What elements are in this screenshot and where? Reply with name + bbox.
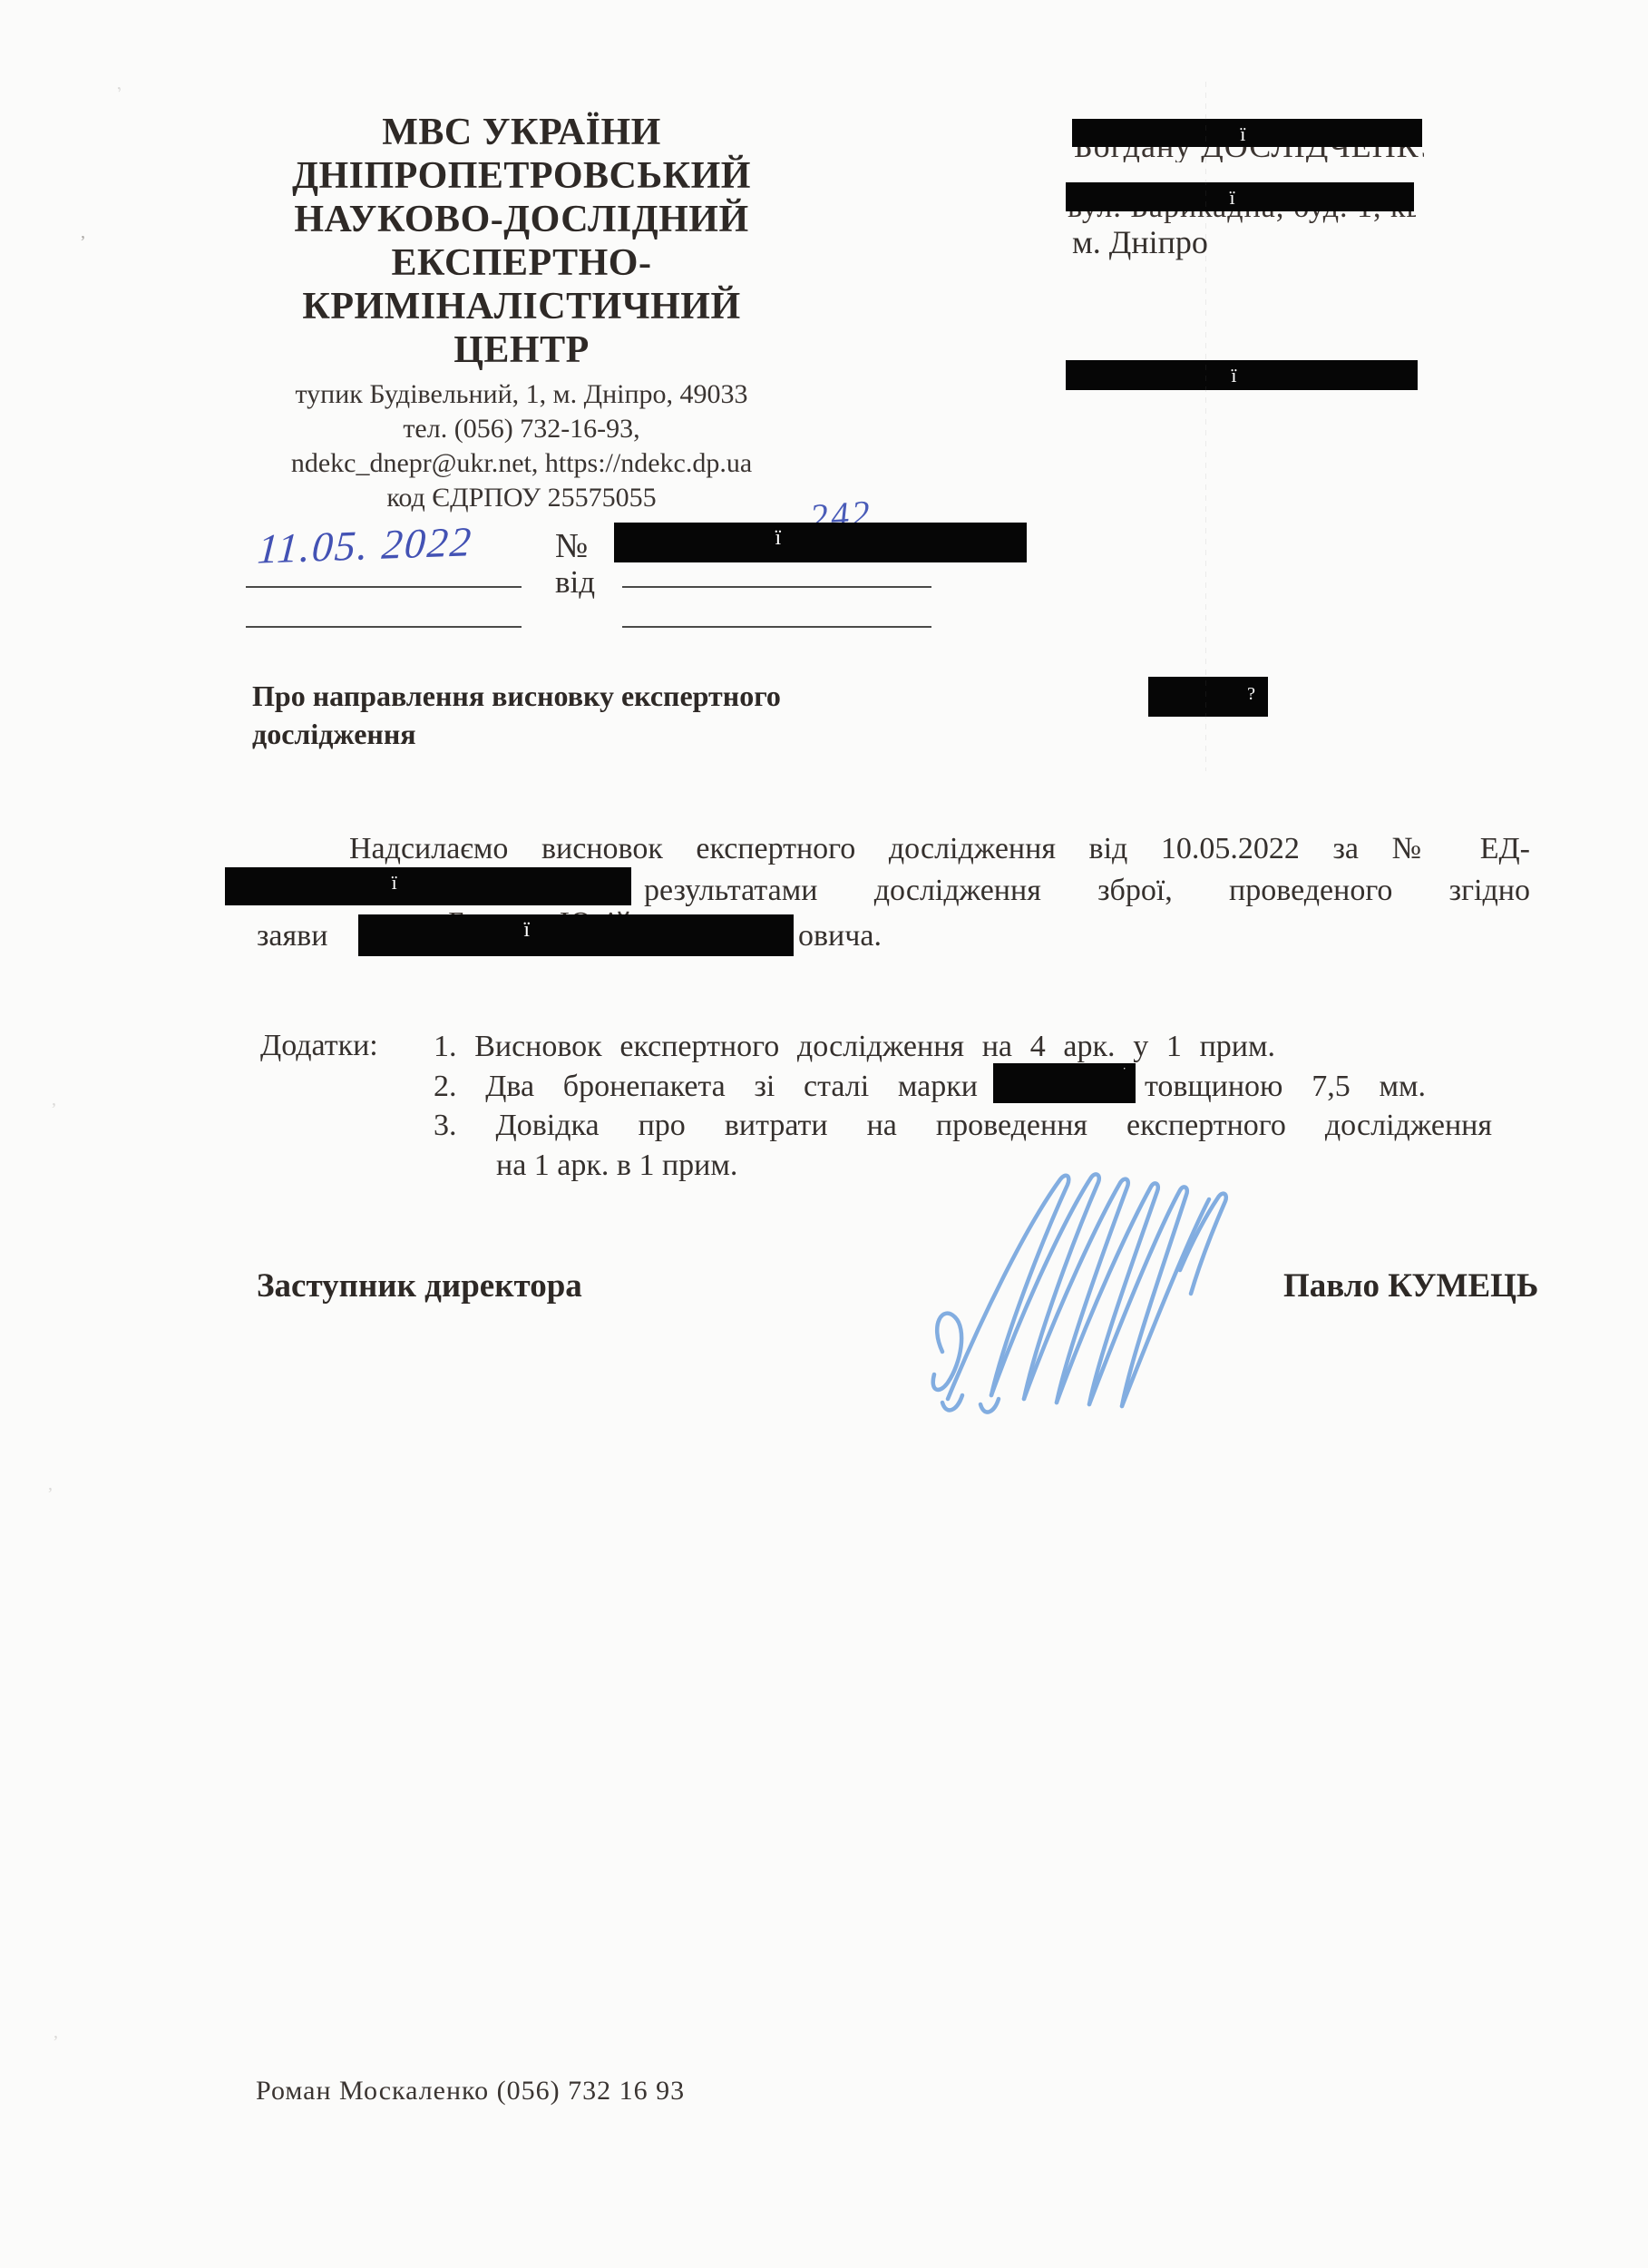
- attachment-item-3-line-2: на 1 арк. в 1 прим.: [496, 1148, 737, 1184]
- address-line-2: тел. (056) 732-16-93,: [154, 412, 889, 446]
- scan-artifact-glyph: ї: [1229, 188, 1234, 208]
- attachments-label: Додатки:: [260, 1029, 378, 1063]
- subject-heading: Про направлення висновку експертного дос…: [252, 677, 833, 753]
- scan-speck: ’: [80, 232, 86, 253]
- number-underline-2: [622, 626, 931, 628]
- scan-speck: ’: [51, 1100, 57, 1120]
- body-line-3-fragment: Богдана Юрійовича: [361, 906, 795, 914]
- subject-line-1: Про направлення висновку експертного: [252, 677, 833, 715]
- redaction-bar-subject-number: ?: [1148, 677, 1268, 717]
- body-line-3-prefix: заяви: [257, 918, 327, 954]
- redaction-bar-recipient-name: ї: [1072, 119, 1422, 147]
- redaction-bar-recipient-address: ї: [1066, 182, 1414, 211]
- address-line-4: код ЄДРПОУ 25575055: [154, 481, 889, 515]
- attachment-item-2-before: 2. Два бронепакета зі сталі марки: [434, 1069, 978, 1105]
- number-label: №: [555, 526, 588, 566]
- handwritten-signature: [912, 1161, 1274, 1429]
- org-line-2: ДНІПРОПЕТРОВСЬКИЙ: [154, 154, 889, 198]
- redaction-bar-body-1: ї: [225, 867, 631, 905]
- org-line-5: КРИМІНАЛІСТИЧНИЙ: [154, 285, 889, 328]
- subject-line-2: дослідження: [252, 715, 833, 753]
- footer-contact: Роман Москаленко (056) 732 16 93: [256, 2076, 685, 2107]
- org-line-4: ЕКСПЕРТНО-: [154, 241, 889, 285]
- number-underline-1: [622, 586, 931, 588]
- date-underline-1: [246, 586, 522, 588]
- attachment-item-1: 1. Висновок експертного дослідження на 4…: [434, 1029, 1275, 1065]
- recipient-name-fragment: Богдану ДОСЛІДЧЕНКУ: [1074, 147, 1424, 162]
- org-line-3: НАУКОВО-ДОСЛІДНИЙ: [154, 198, 889, 241]
- scan-artifact-glyph: ї: [392, 873, 397, 893]
- handwritten-number-fragment: 242: [810, 497, 946, 523]
- address-line-3: ndekc_dnepr@ukr.net, https://ndekc.dp.ua: [154, 446, 889, 481]
- scan-artifact-glyph: ї: [523, 920, 530, 940]
- scan-artifact-glyph: ˙: [1122, 1063, 1126, 1083]
- address-line-1: тупик Будівельний, 1, м. Дніпро, 49033: [154, 377, 889, 412]
- redaction-bar-right-3: ї: [1066, 360, 1418, 390]
- org-header: МВС УКРАЇНИ ДНІПРОПЕТРОВСЬКИЙ НАУКОВО-ДО…: [154, 111, 889, 372]
- signer-name: Павло КУМЕЦЬ: [1283, 1266, 1538, 1305]
- attachment-item-3-line-1: 3. Довідка про витрати на проведення екс…: [434, 1108, 1492, 1144]
- scanned-letter-page: МВС УКРАЇНИ ДНІПРОПЕТРОВСЬКИЙ НАУКОВО-ДО…: [0, 0, 1648, 2268]
- org-address: тупик Будівельний, 1, м. Дніпро, 49033 т…: [154, 377, 889, 515]
- scan-artifact-glyph: ?: [1247, 684, 1255, 704]
- from-label: від: [555, 564, 595, 601]
- attachment-item-2-after: товщиною 7,5 мм.: [1145, 1069, 1426, 1105]
- body-line-1: Надсилаємо висновок експертного дослідже…: [349, 831, 1530, 867]
- scan-speck: ’: [114, 83, 127, 105]
- scan-speck: ’: [53, 2032, 59, 2053]
- date-underline-2: [246, 626, 522, 628]
- org-line-6: ЦЕНТР: [154, 328, 889, 372]
- scan-artifact-glyph: ї: [1231, 366, 1236, 386]
- scan-fold-line: [1205, 82, 1206, 771]
- scan-artifact-glyph: ї: [775, 528, 781, 548]
- signer-position-title: Заступник директора: [257, 1266, 582, 1305]
- body-line-3-suffix: овича.: [798, 918, 882, 954]
- redaction-bar-document-number: ї: [614, 523, 1027, 562]
- body-line-2: результатами дослідження зброї, проведен…: [644, 873, 1530, 909]
- scan-artifact-glyph: ї: [1240, 124, 1245, 144]
- recipient-city: м. Дніпро: [1072, 223, 1208, 261]
- handwritten-date: 11.05. 2022: [256, 516, 495, 572]
- redaction-bar-steel-grade: ˙: [993, 1063, 1136, 1103]
- org-line-1: МВС УКРАЇНИ: [154, 111, 889, 154]
- redaction-bar-body-2: ї: [358, 914, 794, 956]
- scan-speck: ’: [47, 1484, 54, 1505]
